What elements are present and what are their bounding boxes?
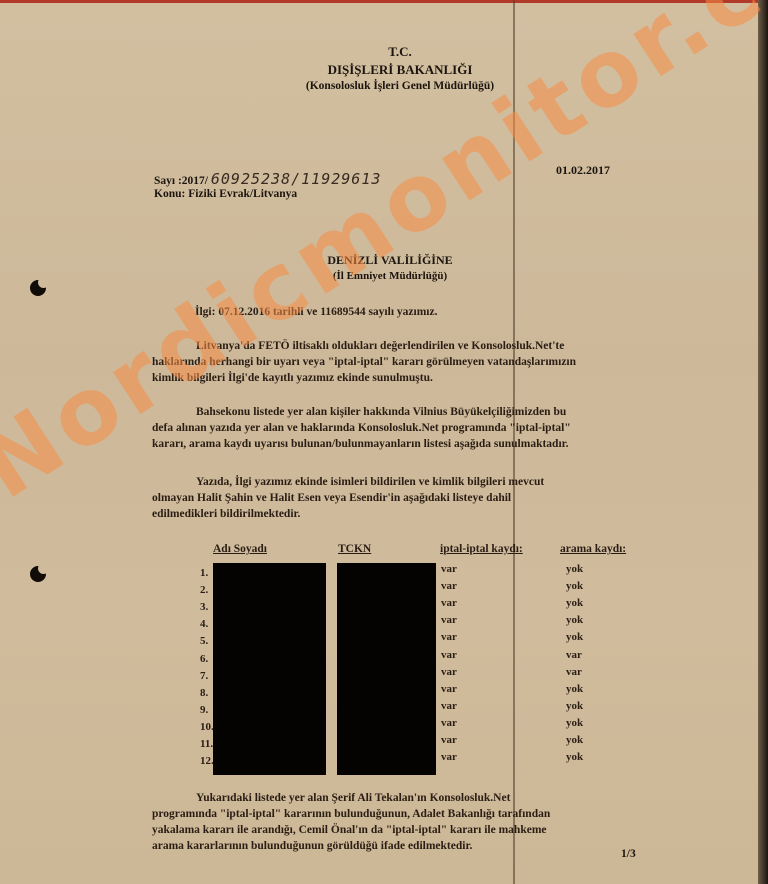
paragraph-line: kararı, arama kaydı uyarısı bulunan/bulu…: [152, 436, 571, 452]
iptal-kaydi-cell: var: [441, 734, 457, 746]
iptal-kaydi-cell: var: [441, 597, 457, 609]
punch-hole-icon: [30, 566, 46, 582]
column-header-arama: arama kaydı:: [560, 543, 626, 555]
row-number: 10.: [200, 721, 214, 733]
arama-kaydi-cell: yok: [566, 751, 583, 763]
arama-kaydi-cell: yok: [566, 614, 583, 626]
row-number: 4.: [200, 618, 208, 630]
iptal-kaydi-cell: var: [441, 751, 457, 763]
paragraph-line: defa alınan yazıda yer alan ve haklarınd…: [152, 420, 571, 436]
iptal-kaydi-cell: var: [441, 580, 457, 592]
paragraph-line: yakalama kararı ile arandığı, Cemil Önal…: [152, 822, 550, 838]
paragraph-line: edilmedikleri bildirilmektedir.: [152, 506, 544, 522]
paragraph-line: haklarında herhangi bir uyarı veya "ipta…: [152, 354, 576, 370]
arama-kaydi-cell: yok: [566, 734, 583, 746]
row-number: 12.: [200, 755, 214, 767]
paragraph-line: olmayan Halit Şahin ve Halit Esen veya E…: [152, 490, 544, 506]
row-number: 11.: [200, 738, 213, 750]
header-country: T.C.: [260, 44, 540, 60]
konu-value: Fiziki Evrak/Litvanya: [188, 188, 297, 200]
page-number: 1/3: [621, 848, 636, 860]
document-date: 01.02.2017: [556, 163, 610, 178]
row-number: 7.: [200, 670, 208, 682]
paragraph-2: Bahsekonu listede yer alan kişiler hakkı…: [152, 404, 571, 452]
iptal-kaydi-cell: var: [441, 649, 457, 661]
redacted-names-block: [213, 563, 326, 775]
sayi-printed: :2017/: [178, 175, 208, 187]
addressee-title: DENİZLİ VALİLİĞİNE: [300, 253, 480, 268]
konu-label: Konu:: [154, 188, 185, 200]
arama-kaydi-cell: var: [566, 666, 582, 678]
row-number: 8.: [200, 687, 208, 699]
arama-kaydi-cell: yok: [566, 700, 583, 712]
paragraph-line: arama kararlarının bulunduğunun görüldüğ…: [152, 838, 550, 854]
paragraph-4: Yukarıdaki listede yer alan Şerif Ali Te…: [152, 790, 550, 854]
sayi-handwritten-number: 60925238/11929613: [211, 170, 382, 188]
iptal-kaydi-cell: var: [441, 631, 457, 643]
header-department: (Konsolosluk İşleri Genel Müdürlüğü): [260, 80, 540, 92]
redacted-tckn-block: [337, 563, 436, 775]
ilgi-reference: İlgi: 07.12.2016 tarihli ve 11689544 say…: [195, 306, 437, 318]
arama-kaydi-cell: yok: [566, 563, 583, 575]
iptal-kaydi-cell: var: [441, 717, 457, 729]
arama-kaydi-cell: yok: [566, 631, 583, 643]
addressee-subtitle: (İl Emniyet Müdürlüğü): [300, 270, 480, 282]
photo-right-edge: [758, 0, 768, 884]
paragraph-line: Yazıda, İlgi yazımız ekinde isimleri bil…: [152, 474, 544, 490]
row-number: 2.: [200, 584, 208, 596]
paragraph-line: Bahsekonu listede yer alan kişiler hakkı…: [152, 404, 571, 420]
arama-kaydi-cell: var: [566, 649, 582, 661]
column-header-iptal: iptal-iptal kaydı:: [440, 543, 523, 555]
paragraph-line: programında "iptal-iptal" kararının bulu…: [152, 806, 550, 822]
row-number: 6.: [200, 653, 208, 665]
iptal-kaydi-cell: var: [441, 666, 457, 678]
row-number: 9.: [200, 704, 208, 716]
konu-line: Konu: Fiziki Evrak/Litvanya: [154, 188, 297, 200]
arama-kaydi-cell: yok: [566, 683, 583, 695]
iptal-kaydi-cell: var: [441, 683, 457, 695]
header-ministry: DIŞİŞLERİ BAKANLIĞI: [260, 62, 540, 78]
paragraph-line: Litvanya'da FETÖ iltisaklı oldukları değ…: [152, 338, 576, 354]
arama-kaydi-cell: yok: [566, 717, 583, 729]
row-number: 1.: [200, 567, 208, 579]
paragraph-1: Litvanya'da FETÖ iltisaklı oldukları değ…: [152, 338, 576, 386]
arama-kaydi-cell: yok: [566, 597, 583, 609]
paragraph-line: kimlik bilgileri İlgi'de kayıtlı yazımız…: [152, 370, 576, 386]
sayi-line: Sayı :2017/ 60925238/11929613: [154, 170, 381, 188]
column-header-tckn: TCKN: [338, 543, 371, 555]
arama-kaydi-cell: yok: [566, 580, 583, 592]
paragraph-line: Yukarıdaki listede yer alan Şerif Ali Te…: [152, 790, 550, 806]
row-number: 5.: [200, 635, 208, 647]
iptal-kaydi-cell: var: [441, 563, 457, 575]
iptal-kaydi-cell: var: [441, 614, 457, 626]
sayi-label: Sayı: [154, 175, 175, 187]
paragraph-3: Yazıda, İlgi yazımız ekinde isimleri bil…: [152, 474, 544, 522]
punch-hole-icon: [30, 280, 46, 296]
column-header-name: Adı Soyadı: [213, 543, 267, 555]
row-number: 3.: [200, 601, 208, 613]
iptal-kaydi-cell: var: [441, 700, 457, 712]
